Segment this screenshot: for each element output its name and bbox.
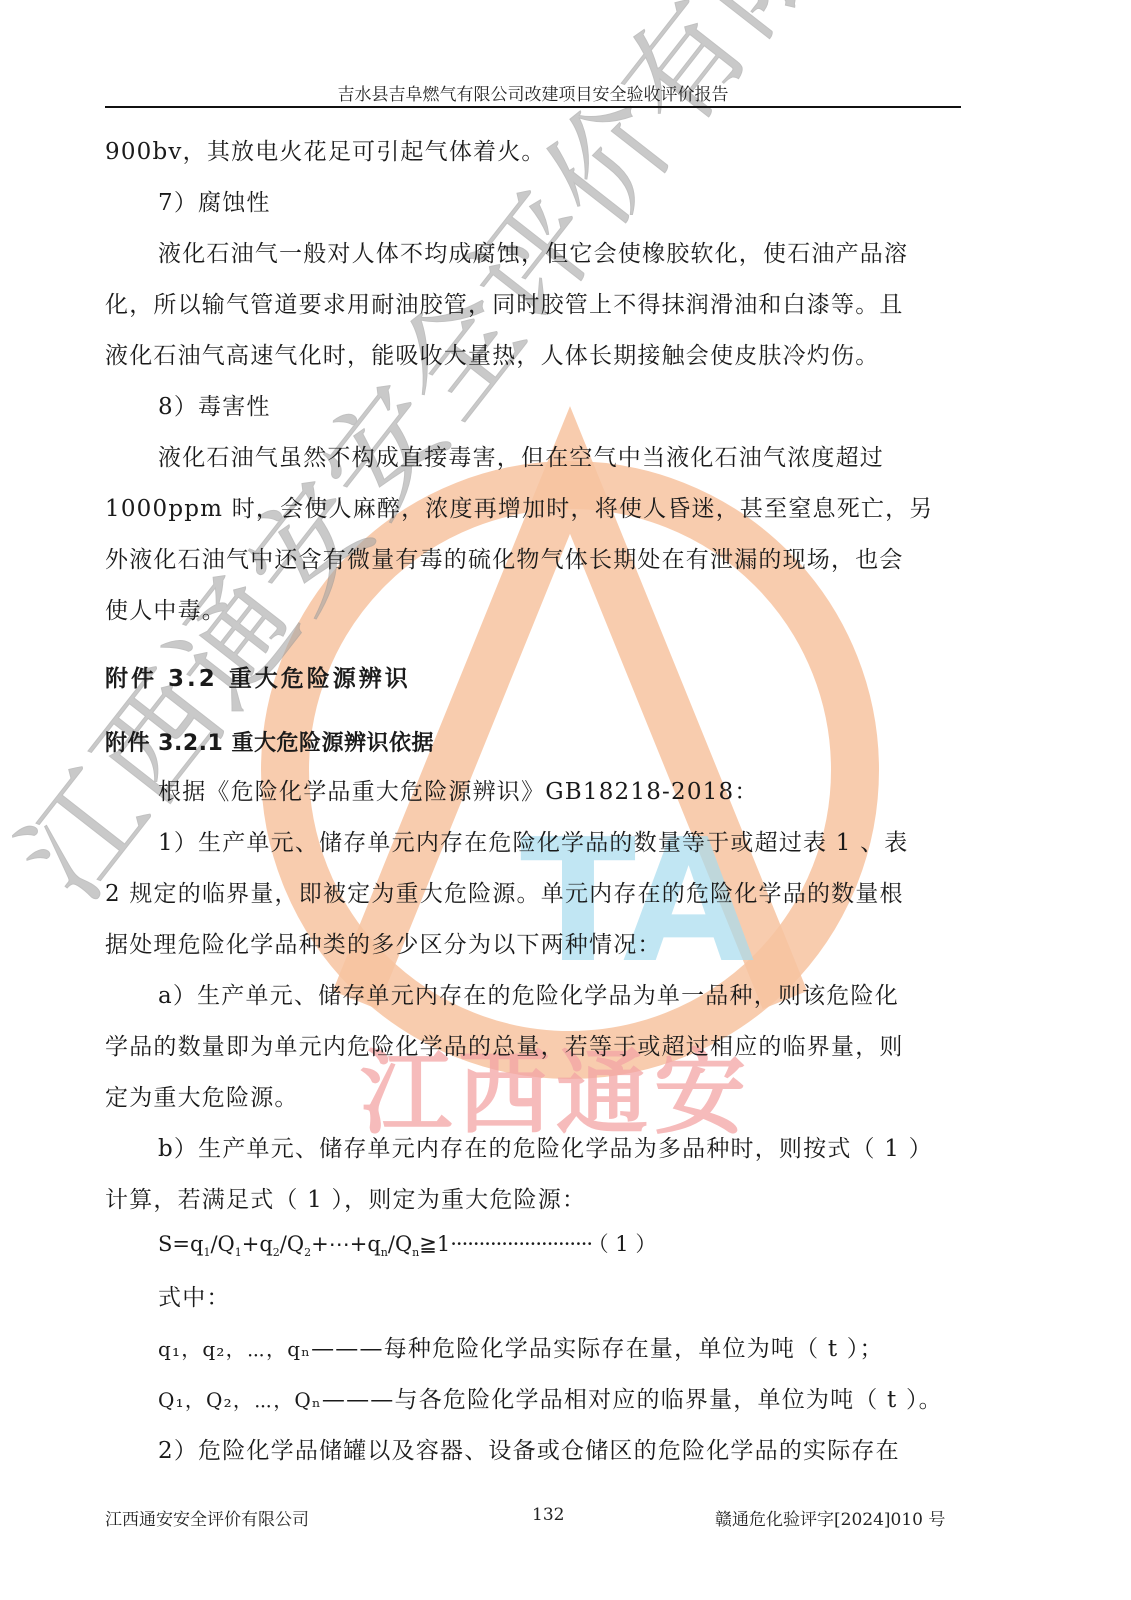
paragraph-line: 1）生产单元、储存单元内存在危险化学品的数量等于或超过表 1 、表 <box>158 824 909 857</box>
definition-Q: Q₁，Q₂，⋯，Qₙ———与各危险化学品相对应的临界量，单位为吨（ t ）。 <box>158 1381 943 1414</box>
paragraph-line: 2 规定的临界量，即被定为重大危险源。单元内存在的危险化学品的数量根 <box>105 875 904 908</box>
paragraph-line: 使人中毒。 <box>105 592 226 625</box>
paragraph-line: 学品的数量即为单元内危险化学品的总量，若等于或超过相应的临界量，则 <box>105 1028 904 1061</box>
subsection-heading: 附件 3.2.1 重大危险源辨识依据 <box>105 726 434 757</box>
section-heading: 附件 3.2 重大危险源辨识 <box>105 660 411 693</box>
paragraph-line: 1000ppm 时，会使人麻醉，浓度再增加时，将使人昏迷，甚至窒息死亡，另 <box>105 490 934 523</box>
paragraph-line: 2）危险化学品储罐以及容器、设备或仓储区的危险化学品的实际存在 <box>158 1432 900 1465</box>
paragraph-line: 900bv，其放电火花足可引起气体着火。 <box>105 133 546 166</box>
paragraph-line: 计算，若满足式（ 1 ），则定为重大危险源： <box>105 1181 586 1214</box>
page-number: 132 <box>532 1505 564 1525</box>
item-8-title: 8）毒害性 <box>158 388 271 421</box>
running-header: 吉水县吉阜燃气有限公司改建项目安全验收评价报告 <box>105 80 961 105</box>
footer-company: 江西通安安全评价有限公司 <box>105 1505 309 1530</box>
header-divider <box>105 106 961 108</box>
document-page: TA 江西通安 江西通安安全评价有限公司 吉水县吉阜燃气有限公司改建项目安全验收… <box>0 0 1131 1600</box>
footer-doc-number: 赣通危化验评字[2024]010 号 <box>715 1505 945 1530</box>
item-7-title: 7）腐蚀性 <box>158 184 271 217</box>
paragraph-line: a）生产单元、储存单元内存在的危险化学品为单一品种，则该危险化 <box>158 977 899 1010</box>
paragraph-line: 液化石油气一般对人体不均成腐蚀，但它会使橡胶软化，使石油产品溶 <box>158 235 908 268</box>
paragraph-line: 外液化石油气中还含有微量有毒的硫化物气体长期处在有泄漏的现场，也会 <box>105 541 904 574</box>
paragraph-line: 据处理危险化学品种类的多少区分为以下两种情况： <box>105 926 662 959</box>
paragraph-line: 根据《危险化学品重大危险源辨识》GB18218-2018： <box>158 773 759 806</box>
paragraph-line: b）生产单元、储存单元内存在的危险化学品为多品种时，则按式（ 1 ） <box>158 1130 933 1163</box>
paragraph-line: 化，所以输气管道要求用耐油胶管，同时胶管上不得抹润滑油和白漆等。且 <box>105 286 904 319</box>
paragraph-line: 液化石油气高速气化时，能吸收大量热，人体长期接触会使皮肤冷灼伤。 <box>105 337 879 370</box>
paragraph-line: 定为重大危险源。 <box>105 1079 299 1112</box>
formula-1: S=q1/Q1+q2/Q2+⋯+qn/Qn≧1·················… <box>158 1228 656 1259</box>
where-label: 式中： <box>158 1279 231 1312</box>
paragraph-line: 液化石油气虽然不构成直接毒害，但在空气中当液化石油气浓度超过 <box>158 439 884 472</box>
definition-q: q₁，q₂，⋯，qₙ———每种危险化学品实际存在量，单位为吨（ t ）； <box>158 1330 884 1363</box>
